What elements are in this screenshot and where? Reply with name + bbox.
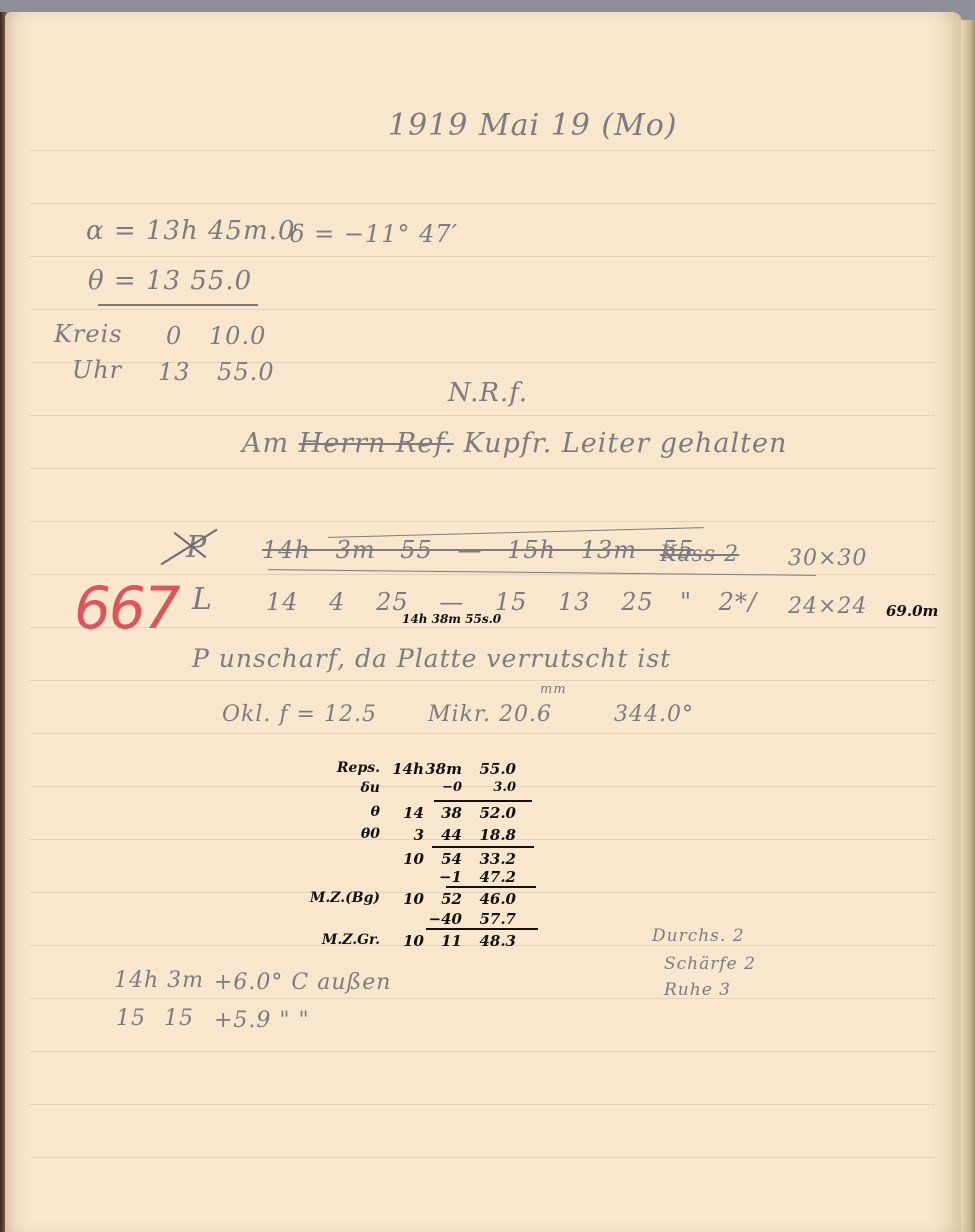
exposure-plate-size: 30×30	[788, 546, 867, 571]
kreis-value: 0 10.0	[166, 322, 266, 350]
guide-note: Am Herrn Ref. Kupfr. Leiter gehalten	[242, 428, 787, 459]
temperature-value: +6.0° C außen	[214, 970, 391, 995]
guide-note-prefix: Am	[242, 428, 289, 459]
calc-row: −1 47.2	[302, 868, 516, 886]
calc-row: Reps. 14h 38m 55.0	[302, 760, 516, 778]
plate-number: 667	[74, 574, 179, 642]
uhr-label: Uhr	[72, 356, 122, 384]
calc-row: δu −0 3.0	[302, 780, 516, 796]
exposure-kassette-struck: Kass 2	[660, 542, 739, 567]
sidereal-time: θ = 13 55.0	[88, 266, 252, 296]
sum-underline	[98, 304, 258, 306]
sum-line	[446, 886, 536, 888]
exposure-plate-size: 24×24	[788, 594, 867, 619]
sum-line	[426, 928, 538, 930]
ocular-setting: Okl. f = 12.5	[222, 702, 377, 727]
observation-remark: P unscharf, da Platte verrutscht ist	[192, 644, 671, 673]
sum-line	[434, 800, 532, 802]
exposure-mid-time: 14h 38m 55s.0	[402, 612, 501, 626]
guide-note-struck: Herrn Ref.	[299, 428, 454, 459]
notes-heading: N.R.f.	[448, 378, 528, 408]
condition-steadiness: Ruhe 3	[664, 980, 731, 1000]
kreis-label: Kreis	[54, 320, 123, 348]
calc-row: M.Z.Gr. 10 11 48.3	[302, 932, 516, 950]
temperature-time: 15 15	[116, 1006, 194, 1031]
exposure-symbol-l: L	[192, 582, 213, 617]
uhr-value: 13 55.0	[158, 358, 275, 386]
calc-row: θ 14 38 52.0	[302, 804, 516, 822]
micrometer-unit: mm	[540, 682, 567, 697]
micrometer-reading: Mikr. 20.6	[428, 702, 552, 727]
page-date-heading: 1919 Mai 19 (Mo)	[388, 108, 678, 143]
exposure-kassette: " 2*/	[680, 588, 757, 616]
exposure-time-struck: 14h 3m 55 — 15h 13m 55	[262, 536, 694, 564]
temperature-value: +5.9 " "	[214, 1008, 310, 1033]
sum-line	[432, 846, 534, 848]
calc-row: −40 57.7	[302, 910, 516, 928]
calc-row: M.Z.(Bg) 10 52 46.0	[302, 890, 516, 908]
condition-transparency: Durchs. 2	[652, 926, 745, 946]
declination: δ = −11° 47′	[290, 220, 458, 248]
temperature-time: 14h 3m	[114, 968, 204, 993]
calc-row: 10 54 33.2	[302, 850, 516, 868]
page-edge	[961, 20, 975, 1232]
exposure-duration: 69.0m	[886, 602, 938, 620]
micrometer-angle: 344.0°	[614, 702, 694, 727]
condition-sharpness: Schärfe 2	[664, 954, 756, 974]
calc-row: θ0 3 44 18.8	[302, 826, 516, 844]
guide-note-rest: Kupfr. Leiter gehalten	[464, 428, 788, 459]
right-ascension: α = 13h 45m.0	[86, 216, 296, 246]
